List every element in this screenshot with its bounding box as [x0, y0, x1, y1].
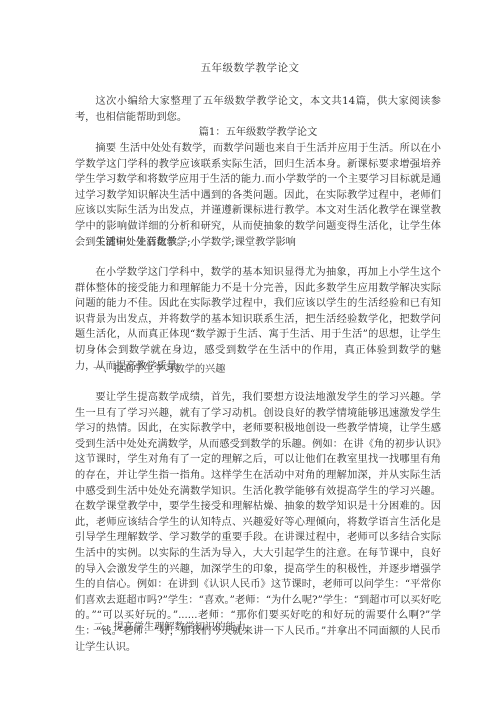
section-label: 篇1：五年级数学教学论文 [75, 125, 441, 141]
body-paragraph-1: 在小学数学这门学科中，数学的基本知识显得尤为抽象，再加上小学生这个群体整体的接受… [75, 265, 441, 374]
body-paragraph-2: 要让学生提高数学成绩，首先，我们要想方设法地激发学生的学习兴趣。学生一旦有了学习… [75, 390, 441, 655]
document-page: 五年级数学教学论文 这次小编给大家整理了五年级数学教学论文，本文共14篇，供大家… [0, 0, 500, 708]
keywords-line: 关键词：生活化教学;小学数学;课堂教学影响 [75, 235, 441, 251]
document-title: 五年级数学教学论文 [0, 60, 500, 75]
intro-paragraph: 这次小编给大家整理了五年级数学教学论文，本文共14篇，供大家阅读参考，也相信能帮… [75, 94, 441, 125]
abstract-paragraph: 摘要 生活中处处有数学，而数学问题也来自于生活并应用于生活。所以在小学数学这门学… [75, 141, 441, 250]
section-heading-1: 一、提高学生学习数学的兴趣 [93, 360, 225, 375]
section-heading-2: 二、提高学生理解数学知识的能力 [93, 618, 246, 633]
